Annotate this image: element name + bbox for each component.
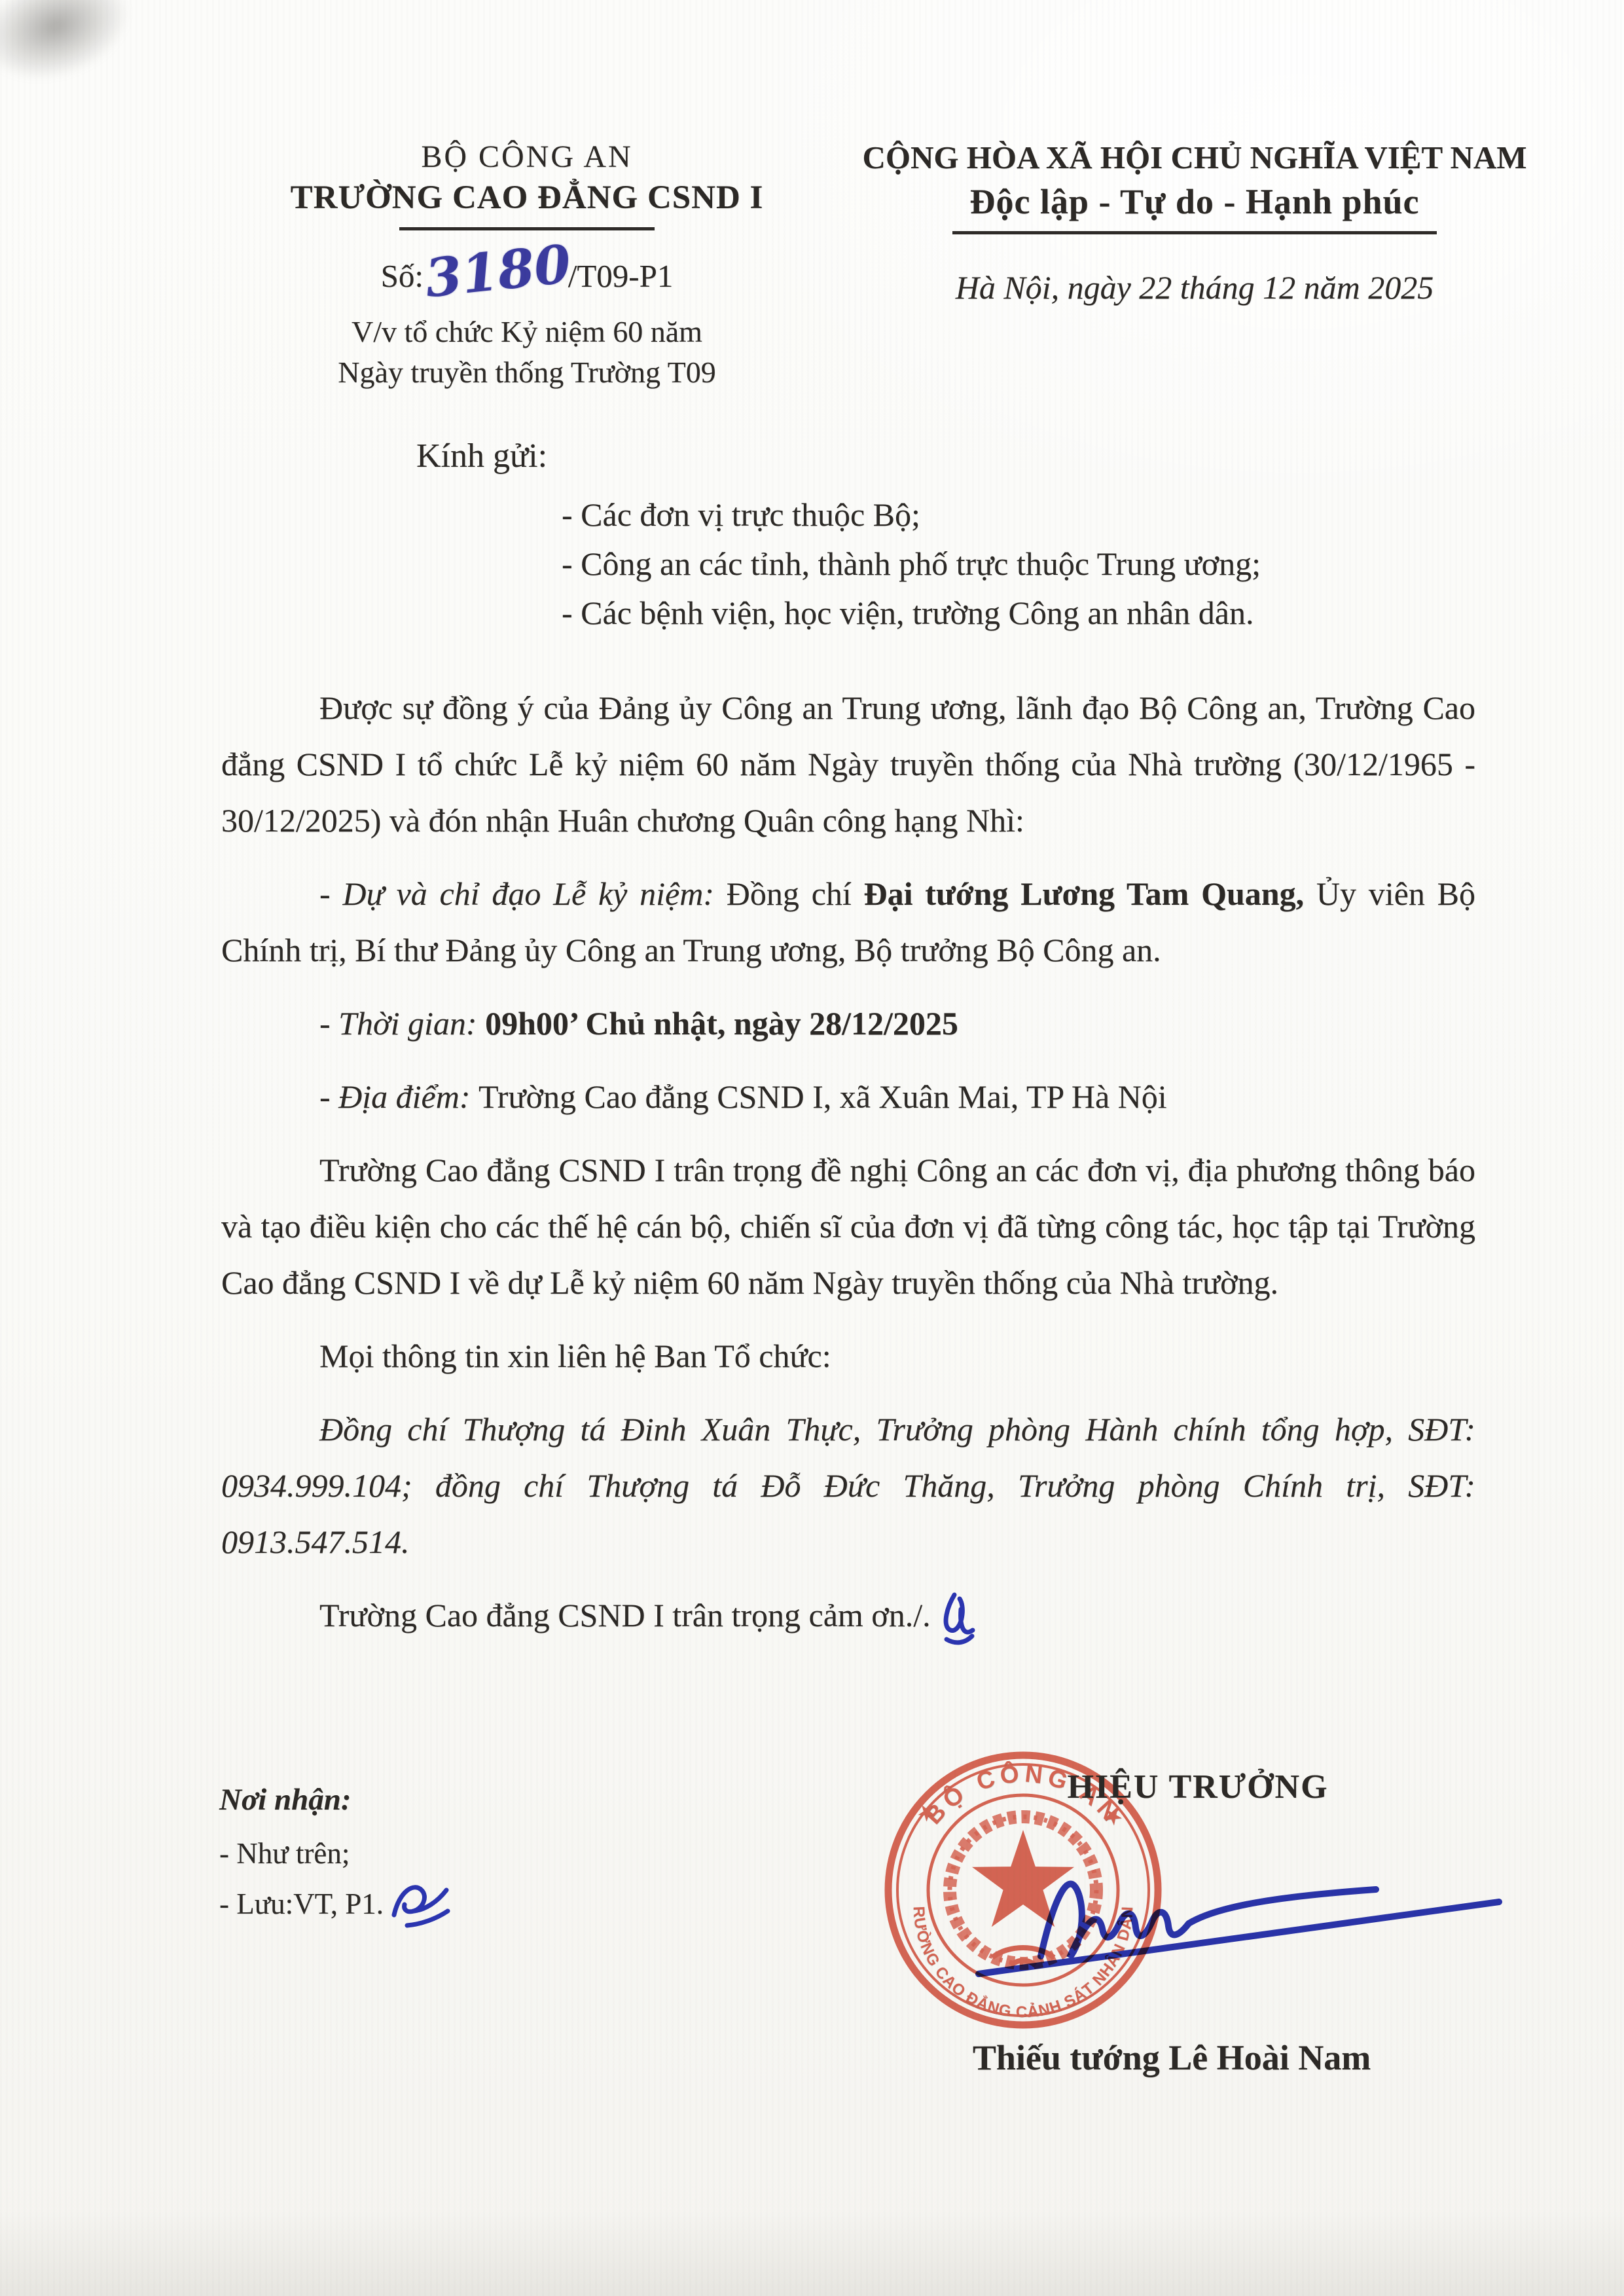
distribution-item: - Như trên; [219, 1831, 454, 1877]
signature-mark [957, 1858, 1520, 2041]
approval-initials-mark [385, 1877, 454, 1936]
issuing-ministry: BỘ CÔNG AN [216, 139, 838, 175]
national-motto-line-2: Độc lập - Tự do - Hạnh phúc [841, 181, 1548, 222]
paragraph-time: - Thời gian: 09h00’ Chủ nhật, ngày 28/12… [221, 995, 1475, 1051]
national-header-block: CỘNG HÒA XÃ HỘI CHỦ NGHĨA VIỆT NAM Độc l… [841, 139, 1548, 306]
issuer-block: BỘ CÔNG AN TRƯỜNG CAO ĐẲNG CSND I Số:318… [216, 139, 838, 392]
issuing-school: TRƯỜNG CAO ĐẲNG CSND I [216, 179, 838, 217]
doc-number-suffix: /T09-P1 [568, 258, 674, 294]
bullet-lead-attendee: - Dự và chỉ đạo Lễ kỷ niệm: [319, 875, 714, 912]
issuer-underline [399, 227, 655, 230]
doc-number-handwritten: 3180 [423, 238, 573, 305]
paragraph-intro: Được sự đồng ý của Đảng ủy Công an Trung… [221, 680, 1475, 848]
scanned-official-letter: BỘ CÔNG AN TRƯỜNG CAO ĐẲNG CSND I Số:318… [0, 0, 1624, 2296]
motto-underline [952, 231, 1437, 234]
recipient-item: - Công an các tỉnh, thành phố trực thuộc… [562, 539, 1475, 589]
subject-line-1: V/v tổ chức Kỷ niệm 60 năm [216, 312, 838, 352]
paragraph-contact-intro: Mọi thông tin xin liên hệ Ban Tổ chức: [221, 1328, 1475, 1384]
recipient-item: - Các bệnh viện, học viện, trường Công a… [562, 589, 1475, 638]
distribution-block: Nơi nhận: - Như trên; - Lưu:VT, P1. [219, 1776, 454, 1936]
recipient-list: - Các đơn vị trực thuộc Bộ; - Công an cá… [562, 490, 1475, 638]
distribution-items: - Như trên; - Lưu:VT, P1. [219, 1831, 454, 1936]
signer-title: HIỆU TRƯỞNG [982, 1768, 1414, 1806]
paragraph-request: Trường Cao đẳng CSND I trân trọng đề ngh… [221, 1142, 1475, 1311]
document-subject: V/v tổ chức Kỷ niệm 60 năm Ngày truyền t… [216, 312, 838, 392]
minister-name: Đại tướng Lương Tam Quang, [864, 875, 1305, 912]
document-number: Số:3180/T09-P1 [216, 242, 838, 295]
distribution-label: Nơi nhận: [219, 1776, 454, 1824]
event-time: 09h00’ Chủ nhật, ngày 28/12/2025 [485, 1005, 958, 1042]
distribution-item: - Lưu:VT, P1. [219, 1877, 454, 1936]
closing-line: Trường Cao đẳng CSND I trân trọng cảm ơn… [221, 1587, 1475, 1649]
paragraph-contact-details: Đồng chí Thượng tá Đinh Xuân Thực, Trưởn… [221, 1401, 1475, 1570]
subject-line-2: Ngày truyền thống Trường T09 [216, 352, 838, 393]
national-motto-line-1: CỘNG HÒA XÃ HỘI CHỦ NGHĨA VIỆT NAM [841, 139, 1548, 176]
bullet-lead-location: - Địa điểm: [319, 1078, 478, 1115]
scan-smudge-top-left [0, 0, 181, 128]
salutation: Kính gửi: [416, 427, 1475, 485]
scan-bottom-haze [0, 2211, 1624, 2296]
bullet-lead-time: - Thời gian: [319, 1005, 485, 1042]
place-date-line: Hà Nội, ngày 22 tháng 12 năm 2025 [841, 268, 1548, 306]
distribution-item-text: - Lưu:VT, P1. [219, 1887, 384, 1920]
recipient-item: - Các đơn vị trực thuộc Bộ; [562, 490, 1475, 539]
paragraph-attendee: - Dự và chỉ đạo Lễ kỷ niệm: Đồng chí Đại… [221, 866, 1475, 978]
closing-ink-mark [935, 1590, 978, 1649]
letter-body: Kính gửi: - Các đơn vị trực thuộc Bộ; - … [221, 427, 1475, 1649]
signer-name: Thiếu tướng Lê Hoài Nam [936, 2037, 1407, 2078]
paragraph-location: - Địa điểm: Trường Cao đẳng CSND I, xã X… [221, 1068, 1475, 1125]
closing-text: Trường Cao đẳng CSND I trân trọng cảm ơn… [319, 1597, 931, 1633]
bullet-mid-attendee: Đồng chí [714, 875, 864, 912]
doc-number-prefix: Số: [381, 258, 424, 294]
event-location: Trường Cao đẳng CSND I, xã Xuân Mai, TP … [478, 1078, 1167, 1115]
